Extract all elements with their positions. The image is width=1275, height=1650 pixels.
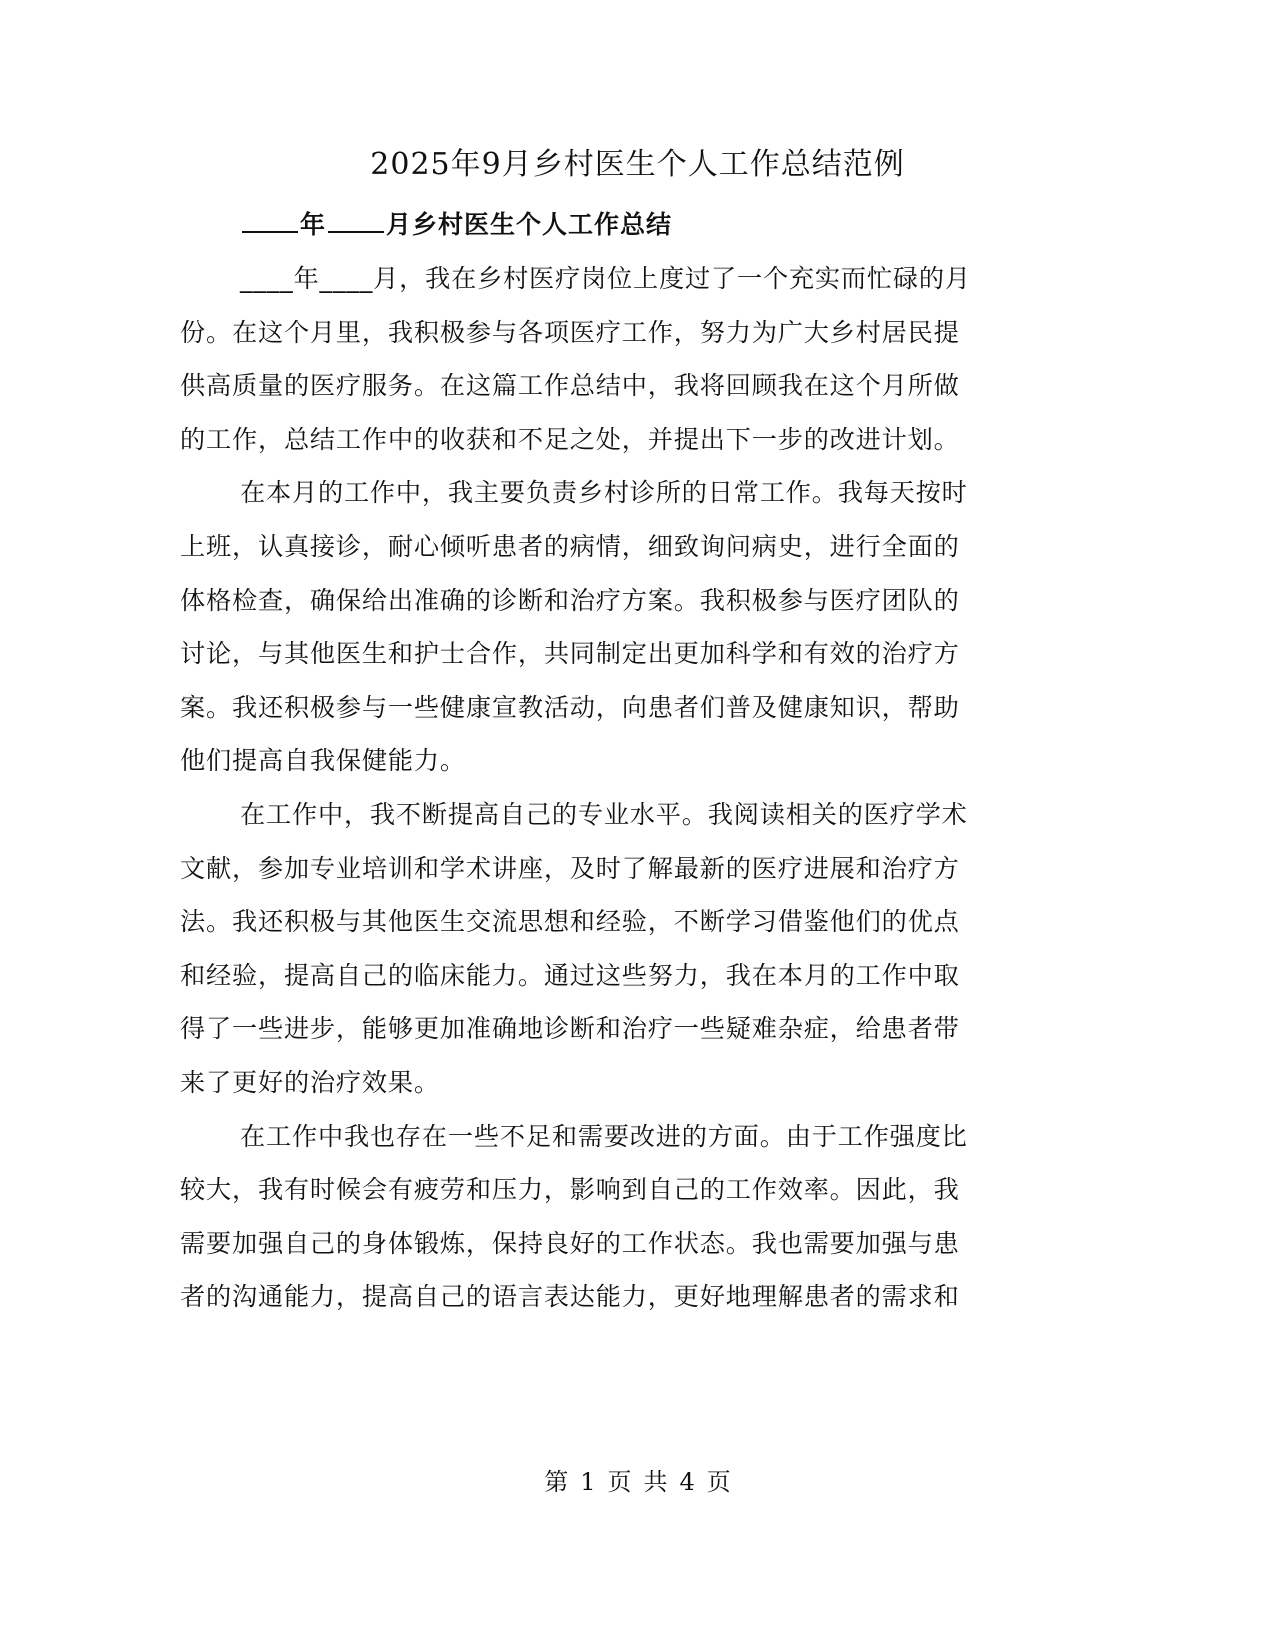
paragraph-line: ____年____月，我在乡村医疗岗位上度过了一个充实而忙碌的月	[180, 252, 1014, 306]
page-number-footer: 第1页共4页	[0, 1462, 1275, 1502]
paragraph-line: 讨论，与其他医生和护士合作，共同制定出更加科学和有效的治疗方	[180, 627, 1014, 681]
paragraph-line: 供高质量的医疗服务。在这篇工作总结中，我将回顾我在这个月所做	[180, 359, 1014, 413]
paragraph-line: 需要加强自己的身体锻炼，保持良好的工作状态。我也需要加强与患	[180, 1217, 1014, 1271]
paragraph-line: 案。我还积极参与一些健康宣教活动，向患者们普及健康知识，帮助	[180, 681, 1014, 735]
paragraph-line: 体格检查，确保给出准确的诊断和治疗方案。我积极参与医疗团队的	[180, 574, 1014, 628]
document-title: 2025年9月乡村医生个人工作总结范例	[0, 140, 1275, 190]
paragraph-line: 他们提高自我保健能力。	[180, 734, 1014, 788]
paragraph-line: 法。我还积极与其他医生交流思想和经验，不断学习借鉴他们的优点	[180, 895, 1014, 949]
document-page: 2025年9月乡村医生个人工作总结范例 年月乡村医生个人工作总结 ____年__…	[0, 0, 1275, 1650]
paragraph-line: 较大，我有时候会有疲劳和压力，影响到自己的工作效率。因此，我	[180, 1163, 1014, 1217]
footer-page-word: 页	[608, 1468, 632, 1496]
heading-text: 月乡村医生个人工作总结	[386, 210, 672, 239]
paragraph-line: 得了一些进步，能够更加准确地诊断和治疗一些疑难杂症，给患者带	[180, 1002, 1014, 1056]
document-body: 年月乡村医生个人工作总结 ____年____月，我在乡村医疗岗位上度过了一个充实…	[180, 198, 1014, 1324]
paragraph-shortcomings: 在工作中我也存在一些不足和需要改进的方面。由于工作强度比 较大，我有时候会有疲劳…	[180, 1110, 1014, 1324]
paragraph-line: 在工作中我也存在一些不足和需要改进的方面。由于工作强度比	[180, 1110, 1014, 1164]
paragraph-line: 在工作中，我不断提高自己的专业水平。我阅读相关的医疗学术	[180, 788, 1014, 842]
paragraph-line: 的工作，总结工作中的收获和不足之处，并提出下一步的改进计划。	[180, 413, 1014, 467]
blank-month-field	[328, 213, 384, 233]
total-pages-number: 4	[680, 1468, 695, 1496]
heading-year-label: 年	[300, 210, 326, 239]
paragraph-line: 文献，参加专业培训和学术讲座，及时了解最新的医疗进展和治疗方	[180, 842, 1014, 896]
footer-total-prefix: 共	[644, 1468, 668, 1496]
paragraph-line: 和经验，提高自己的临床能力。通过这些努力，我在本月的工作中取	[180, 949, 1014, 1003]
footer-total-suffix: 页	[707, 1468, 731, 1496]
paragraph-line: 来了更好的治疗效果。	[180, 1056, 1014, 1110]
paragraph-line: 上班，认真接诊，耐心倾听患者的病情，细致询问病史，进行全面的	[180, 520, 1014, 574]
section-heading: 年月乡村医生个人工作总结	[180, 198, 1014, 252]
paragraph-daily-work: 在本月的工作中，我主要负责乡村诊所的日常工作。我每天按时 上班，认真接诊，耐心倾…	[180, 466, 1014, 788]
blank-year-field	[242, 213, 298, 233]
paragraph-line: 份。在这个月里，我积极参与各项医疗工作，努力为广大乡村居民提	[180, 306, 1014, 360]
current-page-number: 1	[580, 1468, 595, 1496]
footer-prefix: 第	[544, 1468, 568, 1496]
paragraph-professional-growth: 在工作中，我不断提高自己的专业水平。我阅读相关的医疗学术 文献，参加专业培训和学…	[180, 788, 1014, 1110]
paragraph-intro: ____年____月，我在乡村医疗岗位上度过了一个充实而忙碌的月 份。在这个月里…	[180, 252, 1014, 466]
paragraph-line: 者的沟通能力，提高自己的语言表达能力，更好地理解患者的需求和	[180, 1270, 1014, 1324]
paragraph-line: 在本月的工作中，我主要负责乡村诊所的日常工作。我每天按时	[180, 466, 1014, 520]
